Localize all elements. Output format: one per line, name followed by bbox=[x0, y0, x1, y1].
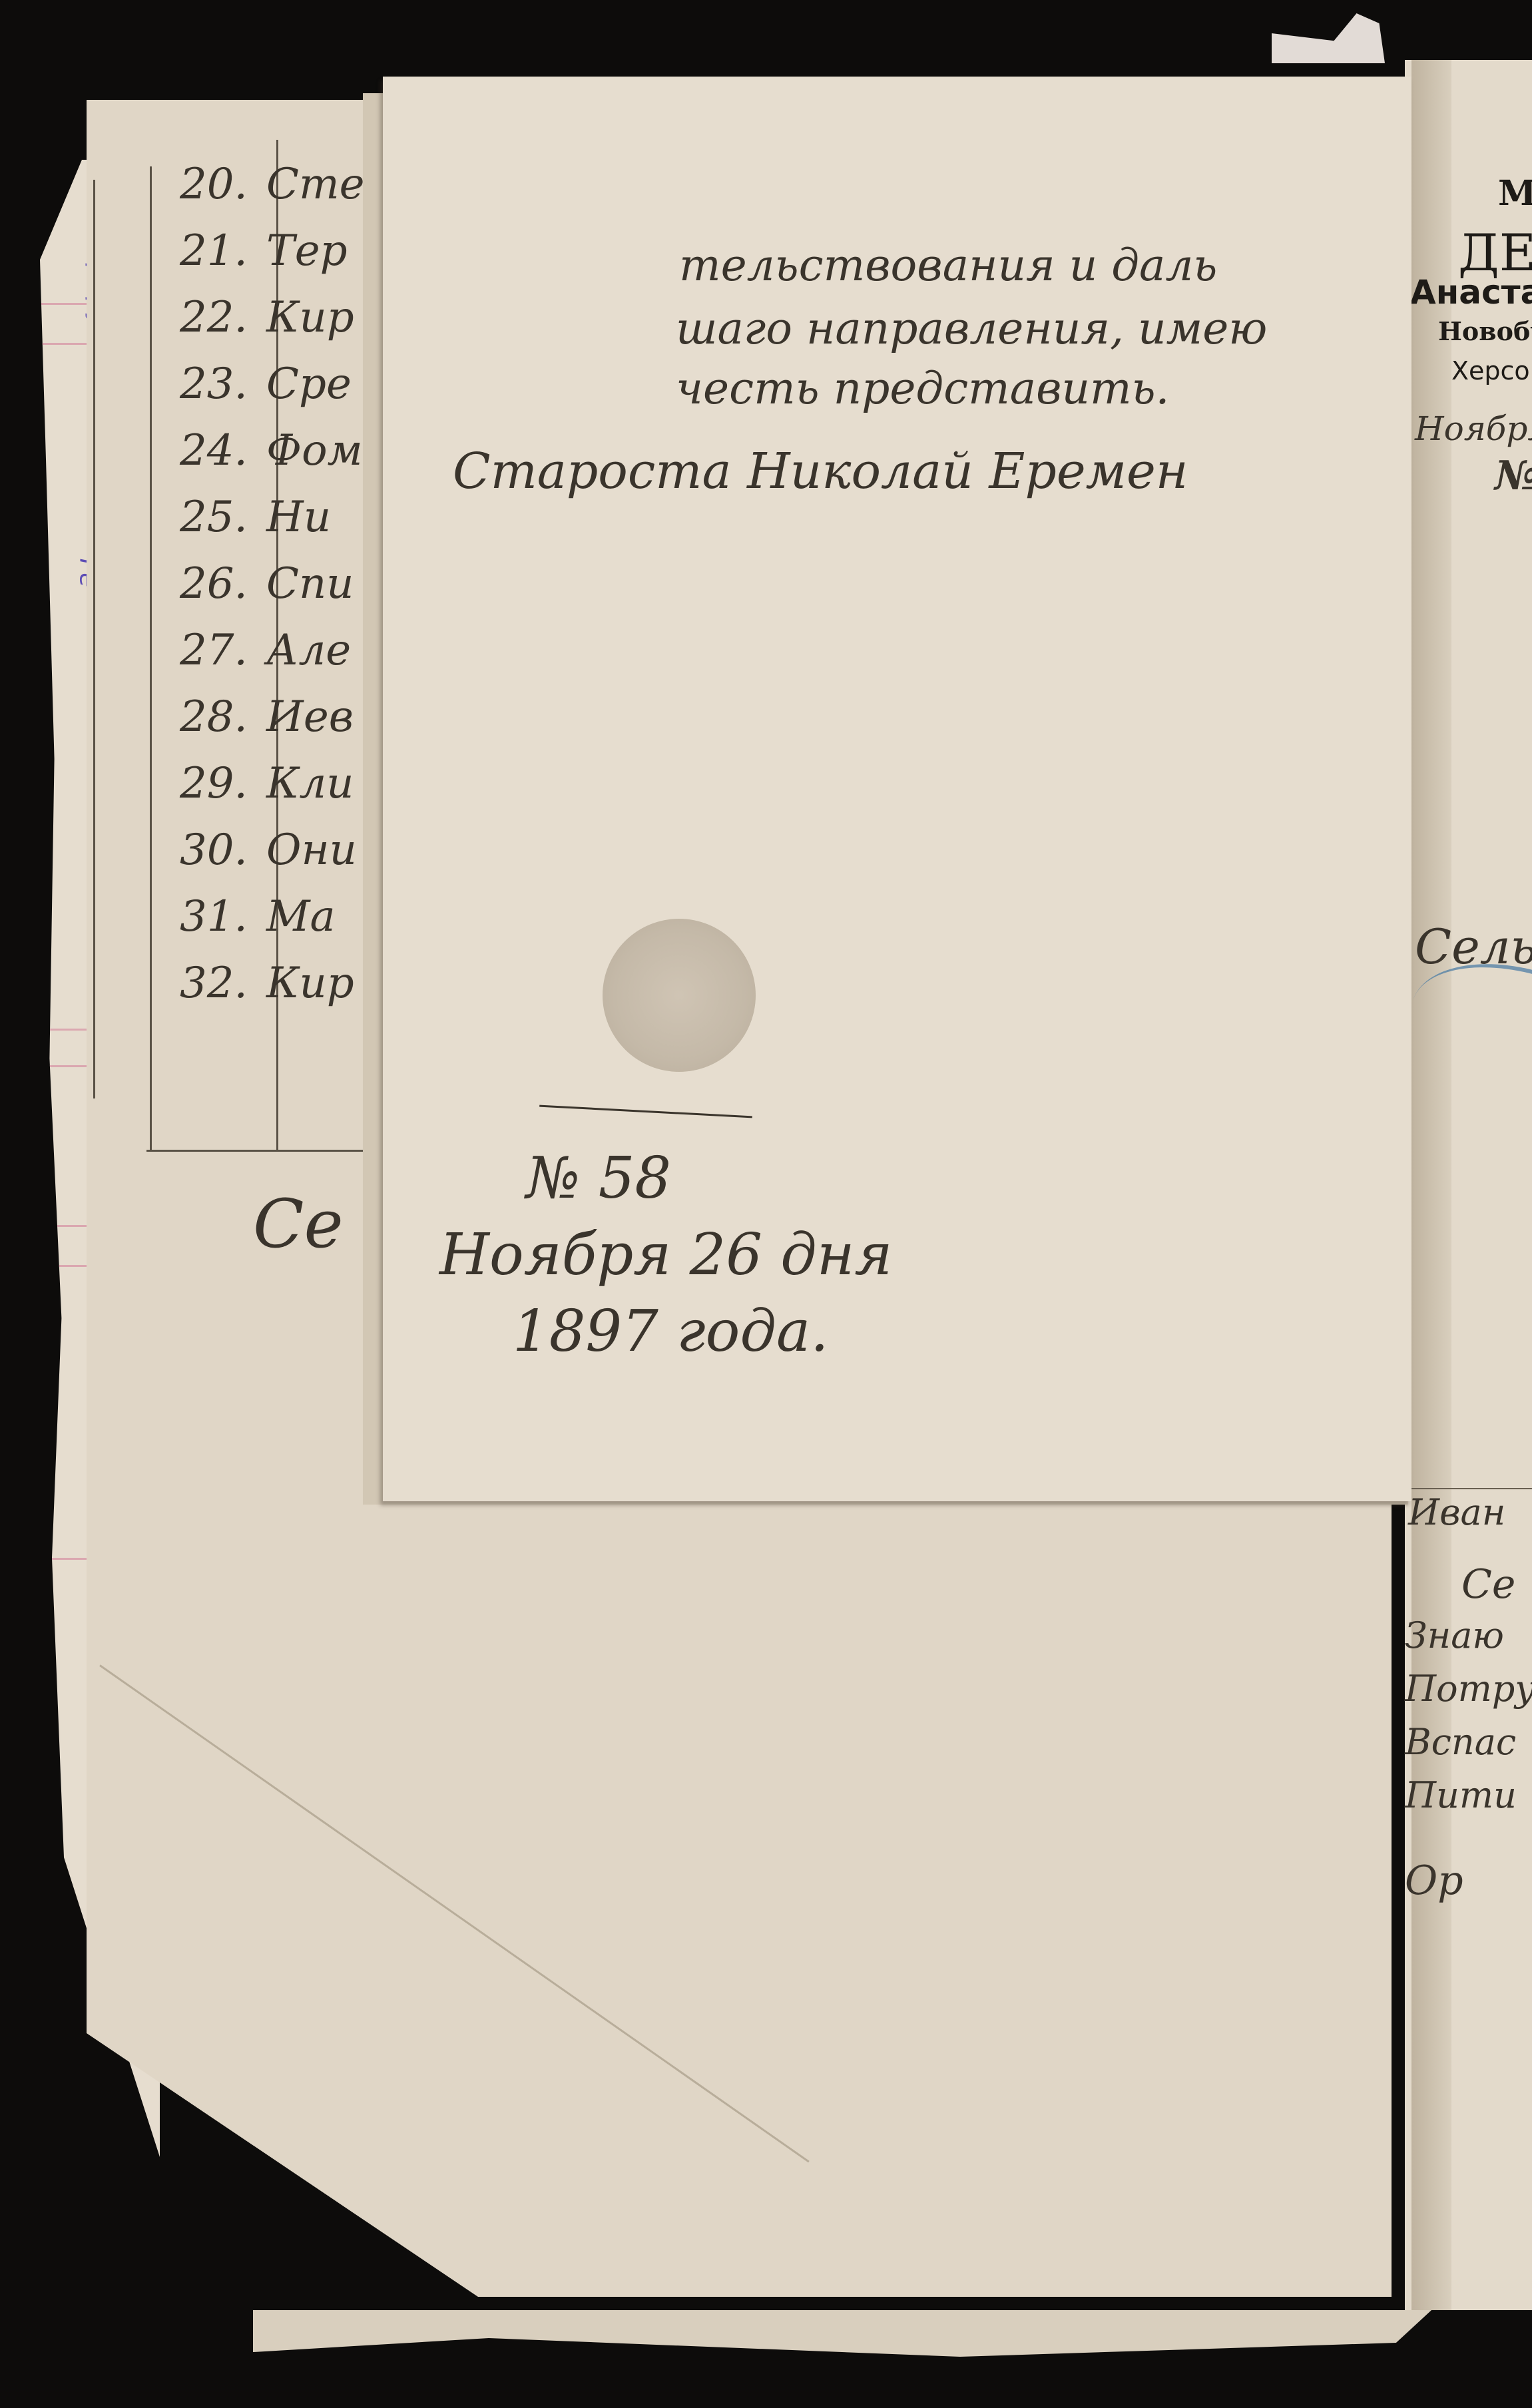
row-name: Ма bbox=[266, 892, 336, 941]
right-fragment-vspas: Вспас bbox=[1405, 1721, 1516, 1763]
ledger-row: 23. Сре bbox=[166, 360, 386, 426]
ledger-row: 30. Они bbox=[166, 826, 386, 892]
ledger-footer-fragment: Се bbox=[253, 1185, 344, 1263]
ledger-row: 22. Кир bbox=[166, 293, 386, 360]
ledger-row: 29. Кли bbox=[166, 759, 386, 826]
registry-number: № 58 bbox=[526, 1145, 671, 1212]
ledger-row: 31. Ма bbox=[166, 892, 386, 959]
ledger-row: 21. Тер bbox=[166, 226, 386, 293]
right-fragment-piti: Пити bbox=[1405, 1774, 1517, 1816]
row-number: 31. bbox=[180, 892, 248, 941]
row-number: 28. bbox=[180, 692, 248, 742]
ledger-row: 28. Иев bbox=[166, 692, 386, 759]
row-number: 25. bbox=[180, 493, 248, 542]
letter-signature: Староста Николай Еремен bbox=[453, 443, 1188, 500]
row-number: 23. bbox=[180, 360, 248, 409]
row-number: 20. bbox=[180, 160, 248, 209]
row-name: Иев bbox=[266, 692, 354, 742]
row-number: 24. bbox=[180, 426, 248, 475]
right-fragment-znayu: Знаю bbox=[1405, 1614, 1504, 1656]
registry-year: 1897 года. bbox=[513, 1298, 829, 1365]
row-number: 26. bbox=[180, 559, 248, 608]
right-fragment-se: Се bbox=[1461, 1561, 1515, 1608]
ledger-rule-num-left bbox=[150, 166, 152, 1152]
row-name: Кир bbox=[266, 959, 354, 1008]
ledger-rows: 20. Сте 21. Тер 22. Кир 23. Сре 24. Фом … bbox=[166, 160, 386, 1025]
row-name: Сре bbox=[266, 360, 352, 409]
letter-body-line-3: честь представить. bbox=[676, 363, 1170, 414]
registry-date: Ноября 26 дня bbox=[439, 1222, 892, 1288]
letter-body-line-2: шаго направления, имею bbox=[676, 303, 1267, 354]
ledger-row: 32. Кир bbox=[166, 959, 386, 1025]
row-number: 21. bbox=[180, 226, 248, 276]
right-fragment-ivan: Иван bbox=[1408, 1491, 1505, 1533]
ledger-bottom-rule bbox=[146, 1150, 386, 1152]
right-number-mark: № bbox=[1495, 453, 1532, 499]
row-name: Тер bbox=[266, 226, 348, 276]
row-name: Сте bbox=[266, 160, 365, 209]
printed-header-parish: Анастасі bbox=[1410, 273, 1532, 312]
bottom-torn-edge bbox=[253, 2310, 1431, 2357]
page-shadow-gutter bbox=[1411, 60, 1451, 2310]
ledger-row: 25. Ни bbox=[166, 493, 386, 559]
printed-header-province: Херсон bbox=[1451, 356, 1532, 385]
row-name: Але bbox=[266, 626, 351, 675]
row-name: Ни bbox=[266, 493, 331, 542]
row-number: 29. bbox=[180, 759, 248, 808]
row-name: Фом bbox=[266, 426, 363, 475]
right-page-rule bbox=[1405, 1488, 1532, 1489]
row-number: 27. bbox=[180, 626, 248, 675]
right-handwritten-date: Ноября bbox=[1415, 409, 1532, 448]
row-name: Спи bbox=[266, 559, 354, 608]
row-name: Кли bbox=[266, 759, 354, 808]
row-number: 32. bbox=[180, 959, 248, 1008]
printed-header-m: М bbox=[1498, 173, 1532, 214]
printed-header-district: Новобу bbox=[1438, 316, 1532, 346]
row-name: Кир bbox=[266, 293, 354, 342]
ledger-row: 20. Сте bbox=[166, 160, 386, 226]
ledger-rule-left bbox=[93, 180, 95, 1098]
row-number: 30. bbox=[180, 826, 248, 875]
row-name: Они bbox=[266, 826, 357, 875]
ledger-row: 24. Фом bbox=[166, 426, 386, 493]
row-number: 22. bbox=[180, 293, 248, 342]
seal-stamp bbox=[603, 919, 756, 1072]
ledger-row: 27. Але bbox=[166, 626, 386, 692]
letter-body-line-1: тельствования и даль bbox=[679, 240, 1217, 291]
top-torn-fragment bbox=[1272, 13, 1385, 63]
right-fragment-or: Ор bbox=[1405, 1857, 1463, 1904]
right-fragment-potru: Потру bbox=[1405, 1668, 1532, 1710]
ledger-row: 26. Спи bbox=[166, 559, 386, 626]
